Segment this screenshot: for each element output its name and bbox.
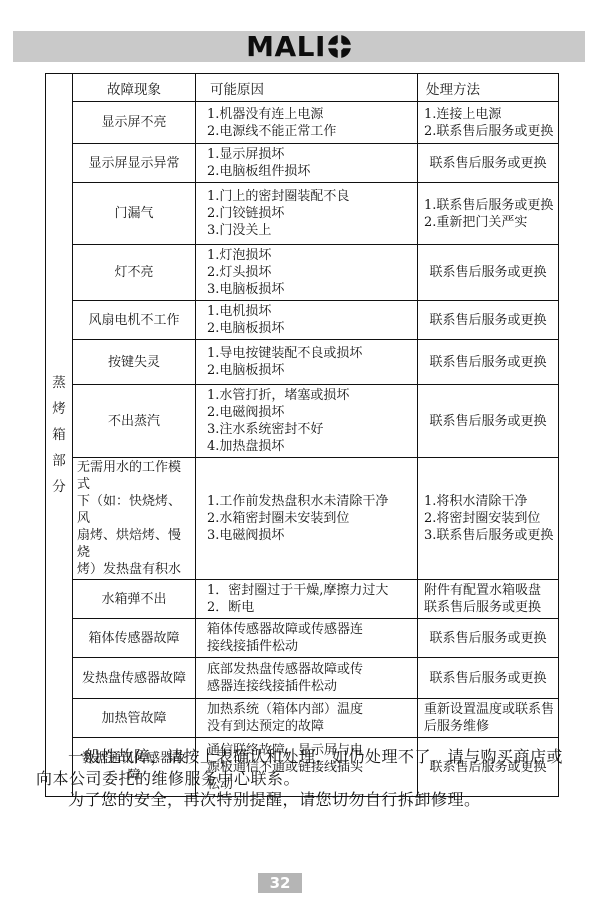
method-cell: 1.连接上电源2.联系售后服务或更换 xyxy=(418,102,559,144)
table-row: 灯不亮1.灯泡损坏2.灯头损坏3.电脑板损坏联系售后服务或更换 xyxy=(46,245,559,301)
table-row: 风扇电机不工作1.电机损坏2.电脑板损坏联系售后服务或更换 xyxy=(46,301,559,340)
method-cell-line: 1.连接上电源 xyxy=(424,106,555,123)
cause-cell-line: 1.灯泡损坏 xyxy=(207,247,413,264)
method-cell-line: 附件有配置水箱吸盘 xyxy=(424,582,555,599)
cause-cell: 1.导电按键装配不良或损坏2.电脑板损坏 xyxy=(196,340,418,385)
cause-cell-line: 接线接插件松动 xyxy=(207,638,413,655)
method-cell-line: 后服务维修 xyxy=(424,718,555,735)
cause-cell: 1.水管打折，堵塞或损坏2.电磁阀损坏3.注水系统密封不好4.加热盘损坏 xyxy=(196,385,418,458)
fault-cell: 无需用水的工作模式下（如：快烧烤、风扇烤、烘焙烤、慢烧烤）发热盘有积水 xyxy=(73,458,196,580)
method-cell: 联系售后服务或更换 xyxy=(418,340,559,385)
method-cell: 联系售后服务或更换 xyxy=(418,619,559,658)
cause-cell-line: 1.电机损坏 xyxy=(207,303,413,320)
fault-cell-line: 风扇电机不工作 xyxy=(76,312,192,329)
method-cell-line: 3.联系售后服务或更换 xyxy=(424,527,555,544)
cause-cell-line: 3.门没关上 xyxy=(207,222,413,239)
cause-cell-line: 底部发热盘传感器故障或传 xyxy=(207,661,413,678)
fault-cell-line: 烤）发热盘有积水 xyxy=(77,561,193,578)
fault-cell-line: 不出蒸汽 xyxy=(76,413,192,430)
fault-cell: 箱体传感器故障 xyxy=(73,619,196,658)
cause-cell-line: 3.注水系统密封不好 xyxy=(207,421,413,438)
fault-cell: 加热管故障 xyxy=(73,699,196,738)
method-cell-line: 2.联系售后服务或更换 xyxy=(424,123,555,140)
method-cell-line: 联系售后服务或更换 xyxy=(424,599,555,616)
fault-cell-line: 箱体传感器故障 xyxy=(76,630,192,647)
cause-cell-line: 3.电脑板损坏 xyxy=(207,281,413,298)
cause-cell-line: 2.电脑板损坏 xyxy=(207,320,413,337)
fault-cell-line: 灯不亮 xyxy=(76,264,192,281)
method-cell-line: 1.联系售后服务或更换 xyxy=(424,197,555,214)
cause-cell: 1．密封圈过于干燥,摩擦力过大2．断电 xyxy=(196,580,418,619)
col-header-method: 处理方法 xyxy=(418,74,559,102)
method-cell-line: 联系售后服务或更换 xyxy=(419,413,557,430)
method-cell: 联系售后服务或更换 xyxy=(418,245,559,301)
method-cell-line: 联系售后服务或更换 xyxy=(419,264,557,281)
table-row: 加热管故障加热系统（箱体内部）温度没有到达预定的故障重新设置温度或联系售后服务维… xyxy=(46,699,559,738)
cause-cell-line: 加热系统（箱体内部）温度 xyxy=(207,701,413,718)
table-row: 无需用水的工作模式下（如：快烧烤、风扇烤、烘焙烤、慢烧烤）发热盘有积水1.工作前… xyxy=(46,458,559,580)
method-cell-line: 联系售后服务或更换 xyxy=(419,630,557,647)
fault-cell: 水箱弹不出 xyxy=(73,580,196,619)
method-cell: 1.将积水清除干净2.将密封圈安装到位3.联系售后服务或更换 xyxy=(418,458,559,580)
cause-cell-line: 1.导电按键装配不良或损坏 xyxy=(207,345,413,362)
fault-cell-line: 无需用水的工作模式 xyxy=(77,459,193,493)
cause-cell-line: 1.机器没有连上电源 xyxy=(207,106,413,123)
fault-cell: 显示屏显示异常 xyxy=(73,144,196,183)
cause-cell-line: 4.加热盘损坏 xyxy=(207,438,413,455)
method-cell: 联系售后服务或更换 xyxy=(418,658,559,699)
cause-cell-line: 2.水箱密封圈未安装到位 xyxy=(207,510,413,527)
cause-cell: 1.机器没有连上电源2.电源线不能正常工作 xyxy=(196,102,418,144)
table-row: 显示屏显示异常1.显示屏损坏2.电脑板组件损坏联系售后服务或更换 xyxy=(46,144,559,183)
fault-cell-line: 显示屏不亮 xyxy=(76,114,192,131)
table-row: 水箱弹不出1．密封圈过于干燥,摩擦力过大2．断电附件有配置水箱吸盘联系售后服务或… xyxy=(46,580,559,619)
fault-cell: 灯不亮 xyxy=(73,245,196,301)
fault-cell: 显示屏不亮 xyxy=(73,102,196,144)
section-label: 蒸烤箱部分 xyxy=(52,370,67,500)
logo-text: MALI xyxy=(246,33,326,61)
table-row: 不出蒸汽1.水管打折，堵塞或损坏2.电磁阀损坏3.注水系统密封不好4.加热盘损坏… xyxy=(46,385,559,458)
cause-cell-line: 2．断电 xyxy=(207,599,413,616)
cause-cell-line: 1.门上的密封圈装配不良 xyxy=(207,188,413,205)
manual-page: MALI 蒸烤箱部分 故障现象 可能原因 处理方法 显示屏不亮1.机器没 xyxy=(0,0,597,923)
fault-cell-line: 按键失灵 xyxy=(76,354,192,371)
cause-cell: 1.门上的密封圈装配不良2.门铰链损坏3.门没关上 xyxy=(196,183,418,245)
cause-cell-line: 3.电磁阀损坏 xyxy=(207,527,413,544)
method-cell-line: 联系售后服务或更换 xyxy=(419,354,557,371)
method-cell-line: 联系售后服务或更换 xyxy=(419,312,557,329)
table-row: 显示屏不亮1.机器没有连上电源2.电源线不能正常工作1.连接上电源2.联系售后服… xyxy=(46,102,559,144)
method-cell-line: 联系售后服务或更换 xyxy=(419,670,557,687)
table-row: 发热盘传感器故障底部发热盘传感器故障或传感器连接线接插件松动联系售后服务或更换 xyxy=(46,658,559,699)
fault-cell-line: 水箱弹不出 xyxy=(76,591,192,608)
note-safety-reminder: 为了您的安全，再次特别提醒，请您切勿自行拆卸修理。 xyxy=(36,789,566,811)
method-cell: 附件有配置水箱吸盘联系售后服务或更换 xyxy=(418,580,559,619)
malio-logo: MALI xyxy=(246,33,352,61)
cause-cell: 箱体传感器故障或传感器连接线接插件松动 xyxy=(196,619,418,658)
cause-cell-line: 2.电脑板损坏 xyxy=(207,362,413,379)
method-cell-line: 1.将积水清除干净 xyxy=(424,493,555,510)
cause-cell: 加热系统（箱体内部）温度没有到达预定的故障 xyxy=(196,699,418,738)
cause-cell-line: 1．密封圈过于干燥,摩擦力过大 xyxy=(207,582,413,599)
fault-cell-line: 扇烤、烘焙烤、慢烧 xyxy=(77,527,193,561)
fault-cell-line: 下（如：快烧烤、风 xyxy=(77,493,193,527)
table-row: 箱体传感器故障箱体传感器故障或传感器连接线接插件松动联系售后服务或更换 xyxy=(46,619,559,658)
fault-cell-line: 显示屏显示异常 xyxy=(76,155,192,172)
method-cell: 1.联系售后服务或更换2.重新把门关严实 xyxy=(418,183,559,245)
cause-cell: 1.灯泡损坏2.灯头损坏3.电脑板损坏 xyxy=(196,245,418,301)
fault-cell: 门漏气 xyxy=(73,183,196,245)
cause-cell-line: 没有到达预定的故障 xyxy=(207,718,413,735)
method-cell: 联系售后服务或更换 xyxy=(418,385,559,458)
fault-cell-line: 发热盘传感器故障 xyxy=(76,670,192,687)
fault-cell: 按键失灵 xyxy=(73,340,196,385)
method-cell: 联系售后服务或更换 xyxy=(418,301,559,340)
method-cell-line: 联系售后服务或更换 xyxy=(419,155,557,172)
cause-cell-line: 2.电源线不能正常工作 xyxy=(207,123,413,140)
cause-cell-line: 2.灯头损坏 xyxy=(207,264,413,281)
cause-cell: 1.电机损坏2.电脑板损坏 xyxy=(196,301,418,340)
closing-notes: 一般性故障，请按上表确认和处理，如仍处理不了，请与购买商店或向本公司委托的维修服… xyxy=(36,746,566,811)
page-number-badge: 32 xyxy=(258,873,302,893)
cause-cell-line: 2.电磁阀损坏 xyxy=(207,404,413,421)
cause-cell: 1.工作前发热盘积水未清除干净2.水箱密封圈未安装到位3.电磁阀损坏 xyxy=(196,458,418,580)
col-header-fault: 故障现象 xyxy=(73,74,196,102)
fault-cell: 不出蒸汽 xyxy=(73,385,196,458)
method-cell: 联系售后服务或更换 xyxy=(418,144,559,183)
fault-cell-line: 门漏气 xyxy=(76,205,192,222)
col-header-cause: 可能原因 xyxy=(196,74,418,102)
fault-cell: 发热盘传感器故障 xyxy=(73,658,196,699)
fault-cell: 风扇电机不工作 xyxy=(73,301,196,340)
cause-cell-line: 箱体传感器故障或传感器连 xyxy=(207,621,413,638)
troubleshooting-table: 蒸烤箱部分 故障现象 可能原因 处理方法 显示屏不亮1.机器没有连上电源2.电源… xyxy=(45,73,559,797)
cause-cell-line: 2.电脑板组件损坏 xyxy=(207,163,413,180)
cause-cell-line: 1.水管打折，堵塞或损坏 xyxy=(207,387,413,404)
cause-cell-line: 感器连接线接插件松动 xyxy=(207,678,413,695)
brand-banner: MALI xyxy=(13,31,585,62)
note-general-fault: 一般性故障，请按上表确认和处理，如仍处理不了，请与购买商店或向本公司委托的维修服… xyxy=(36,746,566,789)
cause-cell-line: 1.显示屏损坏 xyxy=(207,146,413,163)
cause-cell: 1.显示屏损坏2.电脑板组件损坏 xyxy=(196,144,418,183)
method-cell-line: 重新设置温度或联系售 xyxy=(424,701,555,718)
logo-ring-icon xyxy=(327,34,352,59)
cause-cell-line: 2.门铰链损坏 xyxy=(207,205,413,222)
cause-cell-line: 1.工作前发热盘积水未清除干净 xyxy=(207,493,413,510)
table-row: 按键失灵1.导电按键装配不良或损坏2.电脑板损坏联系售后服务或更换 xyxy=(46,340,559,385)
method-cell-line: 2.将密封圈安装到位 xyxy=(424,510,555,527)
section-cell: 蒸烤箱部分 xyxy=(46,74,73,797)
fault-cell-line: 加热管故障 xyxy=(76,710,192,727)
cause-cell: 底部发热盘传感器故障或传感器连接线接插件松动 xyxy=(196,658,418,699)
method-cell: 重新设置温度或联系售后服务维修 xyxy=(418,699,559,738)
table-header-row: 蒸烤箱部分 故障现象 可能原因 处理方法 xyxy=(46,74,559,102)
method-cell-line: 2.重新把门关严实 xyxy=(424,214,555,231)
table-row: 门漏气1.门上的密封圈装配不良2.门铰链损坏3.门没关上1.联系售后服务或更换2… xyxy=(46,183,559,245)
